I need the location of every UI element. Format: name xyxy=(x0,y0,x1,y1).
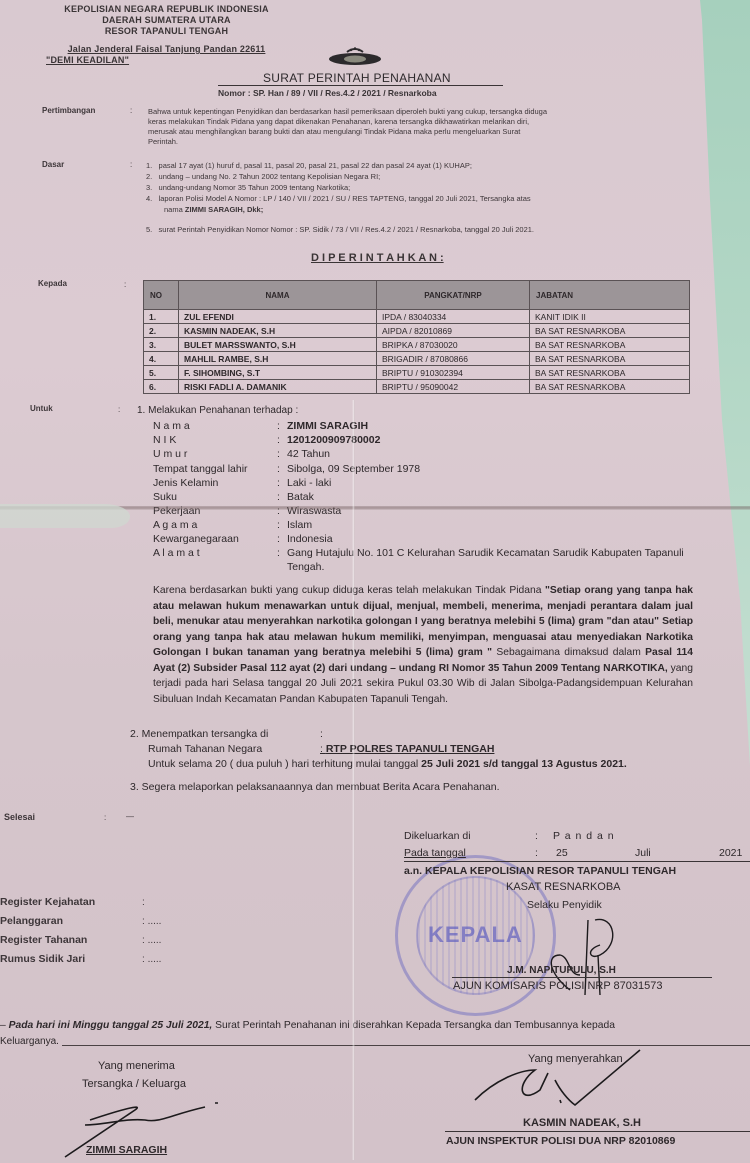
table-row: 2.KASMIN NADEAK, S.HAIPDA / 82010869BA S… xyxy=(144,324,690,338)
colon: : xyxy=(320,728,323,740)
officers-table-body: 1.ZUL EFENDIIPDA / 83040334KANIT IDIK II… xyxy=(144,310,690,394)
org-address: Jalan Jenderal Faisal Tanjung Pandan 226… xyxy=(44,44,289,54)
pertimbangan-label: Pertimbangan xyxy=(42,106,95,115)
detail-row: U m u r:42 Tahun xyxy=(153,448,330,460)
colon: : xyxy=(104,813,106,822)
register-value: ..... xyxy=(148,954,162,965)
cell-pangkat: AIPDA / 82010869 xyxy=(377,324,530,338)
register-value: ..... xyxy=(148,935,162,946)
column-header-no: NO xyxy=(144,281,179,310)
issued-date-label: Pada tanggal xyxy=(404,847,466,859)
detail-row: Tempat tanggal lahir:Sibolga, 09 Septemb… xyxy=(153,463,420,475)
dasar-item-3: 3. undang-undang Nomor 35 Tahun 2009 ten… xyxy=(146,183,350,193)
table-row: 3.BULET MARSSWANTO, S.HBRIPKA / 87030020… xyxy=(144,338,690,352)
colon: : xyxy=(535,847,538,859)
dasar-item-4: 4. laporan Polisi Model A Nomor : LP / 1… xyxy=(146,194,531,204)
detail-key: Jenis Kelamin xyxy=(153,477,277,489)
item-number: 2. xyxy=(146,172,152,181)
signer-underline xyxy=(452,977,712,978)
org-motto: "DEMI KEADILAN" xyxy=(46,55,129,65)
document-title: SURAT PERINTAH PENAHANAN xyxy=(263,71,451,85)
colon: : xyxy=(142,897,145,908)
item-text: laporan Polisi Model A Nomor : LP / 140 … xyxy=(159,194,531,203)
colon: : xyxy=(130,106,132,115)
detail-key: A g a m a xyxy=(153,519,277,531)
issued-date-month: Juli xyxy=(635,847,651,859)
cell-nama: F. SIHOMBING, S.T xyxy=(179,366,377,380)
colon: : xyxy=(277,448,287,460)
cell-no: 2. xyxy=(144,324,179,338)
table-row: 6.RISKI FADLI A. DAMANIKBRIPTU / 9509004… xyxy=(144,380,690,394)
table-header-row: NO NAMA PANGKAT/NRP JABATAN xyxy=(144,281,690,310)
colon: : xyxy=(277,463,287,475)
cell-no: 3. xyxy=(144,338,179,352)
item-number: 4. xyxy=(146,194,152,203)
giver-label: Yang menyerahkan xyxy=(528,1053,623,1065)
cell-pangkat: BRIPTU / 95090042 xyxy=(377,380,530,394)
cell-no: 5. xyxy=(144,366,179,380)
detention-place: : RTP POLRES TAPANULI TENGAH xyxy=(320,743,494,755)
stamp-text: KEPALA xyxy=(428,922,523,948)
paper-fold-vertical xyxy=(352,400,355,1160)
item-number: 3. xyxy=(146,183,152,192)
org-line-1: KEPOLISIAN NEGARA REPUBLIK INDONESIA xyxy=(44,4,289,14)
colon: : xyxy=(118,405,120,414)
detail-row: Jenis Kelamin:Laki - laki xyxy=(153,477,331,489)
pertimbangan-line-2: keras melakukan Tindak Pidana yang dapat… xyxy=(148,117,529,127)
detail-row: A g a m a:Islam xyxy=(153,519,312,531)
org-line-2: DAERAH SUMATERA UTARA xyxy=(44,15,289,25)
colon: : xyxy=(130,160,132,169)
suspect-name: ZIMMI SARAGIH, Dkk; xyxy=(185,205,263,214)
kepada-label: Kepada xyxy=(38,279,67,288)
dasar-item-2: 2. undang – undang No. 2 Tahun 2002 tent… xyxy=(146,172,380,182)
cell-no: 6. xyxy=(144,380,179,394)
detail-key: Suku xyxy=(153,491,277,503)
cell-no: 4. xyxy=(144,352,179,366)
cell-jabatan: KANIT IDIK II xyxy=(530,310,690,324)
rumus-sidik-jari-value: : ..... xyxy=(142,954,161,965)
detail-key: A l a m a t xyxy=(153,547,277,559)
colon: : xyxy=(277,533,287,545)
dasar-item-4-cont: nama ZIMMI SARAGIH, Dkk; xyxy=(164,205,263,215)
statement-text: – xyxy=(0,1020,9,1031)
table-row: 1.ZUL EFENDIIPDA / 83040334KANIT IDIK II xyxy=(144,310,690,324)
statement-text: Surat Perintah Penahanan ini diserahkan … xyxy=(212,1020,615,1031)
cell-pangkat: BRIPTU / 910302394 xyxy=(377,366,530,380)
cell-jabatan: BA SAT RESNARKOBA xyxy=(530,352,690,366)
giver-underline xyxy=(445,1131,750,1132)
colon: : xyxy=(277,547,287,559)
giver-rank: AJUN INSPEKTUR POLISI DUA NRP 82010869 xyxy=(446,1135,675,1147)
duration-text: Untuk selama 20 ( dua puluh ) hari terhi… xyxy=(148,758,421,770)
offense-paragraph: Karena berdasarkan bukti yang cukup didu… xyxy=(153,583,693,707)
receiver-label: Yang menerima xyxy=(98,1060,175,1072)
paragraph-text: Karena berdasarkan bukti yang cukup didu… xyxy=(153,585,545,596)
paper-tear xyxy=(0,504,130,528)
detail-row: N I K:1201200909780002 xyxy=(153,434,380,446)
org-line-3: RESOR TAPANULI TENGAH xyxy=(44,26,289,36)
cell-nama: BULET MARSSWANTO, S.H xyxy=(179,338,377,352)
column-header-pangkat: PANGKAT/NRP xyxy=(377,281,530,310)
detail-value: Indonesia xyxy=(287,533,333,545)
untuk-item-1: 1. Melakukan Penahanan terhadap : xyxy=(137,405,298,416)
selesai-value: — xyxy=(126,812,134,821)
colon: : xyxy=(535,830,538,842)
item-number: 5. xyxy=(146,225,152,234)
signer-rank: AJUN KOMISARIS POLISI NRP 87031573 xyxy=(453,980,663,992)
item-text: nama xyxy=(164,205,185,214)
cell-jabatan: BA SAT RESNARKOBA xyxy=(530,366,690,380)
statement-date: Pada hari ini Minggu tanggal 25 Juli 202… xyxy=(9,1020,213,1031)
dasar-label: Dasar xyxy=(42,160,64,169)
untuk-item-3: 3. Segera melaporkan pelaksanaannya dan … xyxy=(130,781,500,793)
issued-place-label: Dikeluarkan di xyxy=(404,830,471,842)
register-kejahatan-label: Register Kejahatan xyxy=(0,896,95,908)
signer-name: J.M. NAPITUPULU, S.H xyxy=(507,965,616,976)
issuer-position: KASAT RESNARKOBA xyxy=(506,881,621,893)
issued-date-day: 25 xyxy=(556,847,568,859)
colon: : xyxy=(277,420,287,432)
handover-statement: – Pada hari ini Minggu tanggal 25 Juli 2… xyxy=(0,1020,615,1031)
register-pelanggaran-value: : ..... xyxy=(142,916,161,927)
issued-place-value: P a n d a n xyxy=(553,830,615,842)
item-number: 1. xyxy=(146,161,152,170)
pertimbangan-line-1: Bahwa untuk kepentingan Penyidikan dan b… xyxy=(148,107,547,117)
giver-name: KASMIN NADEAK, S.H xyxy=(523,1117,641,1129)
detail-key: N I K xyxy=(153,434,277,446)
detention-duration: Untuk selama 20 ( dua puluh ) hari terhi… xyxy=(148,758,627,770)
table-row: 4.MAHLIL RAMBE, S.HBRIGADIR / 87080866BA… xyxy=(144,352,690,366)
register-value: ..... xyxy=(148,916,162,927)
detail-value: Gang Hutajulu No. 101 C Kelurahan Sarudi… xyxy=(287,547,684,559)
cell-jabatan: BA SAT RESNARKOBA xyxy=(530,380,690,394)
colon: : xyxy=(277,519,287,531)
column-header-nama: NAMA xyxy=(179,281,377,310)
duration-dates: 25 Juli 2021 s/d tanggal 13 Agustus 2021… xyxy=(421,758,627,770)
handover-statement-cont: Keluarganya. xyxy=(0,1036,59,1047)
detail-key: Tempat tanggal lahir xyxy=(153,463,277,475)
item-text: pasal 17 ayat (1) huruf d, pasal 11, pas… xyxy=(159,161,472,170)
document-number: Nomor : SP. Han / 89 / VII / Res.4.2 / 2… xyxy=(218,88,437,98)
register-tahanan-label: Register Tahanan xyxy=(0,934,87,946)
rutan-label: Rumah Tahanan Negara xyxy=(148,743,262,755)
issued-date-year: 2021 xyxy=(719,847,742,859)
selesai-label: Selesai xyxy=(4,812,35,822)
alamat-continuation: Tengah. xyxy=(287,561,324,573)
paragraph-text: Sebagaimana dimaksud dalam xyxy=(492,647,645,658)
detail-key: U m u r xyxy=(153,448,277,460)
cell-pangkat: BRIGADIR / 87080866 xyxy=(377,352,530,366)
untuk-label: Untuk xyxy=(30,404,53,413)
detail-value: Islam xyxy=(287,519,312,531)
cell-pangkat: IPDA / 83040334 xyxy=(377,310,530,324)
cell-no: 1. xyxy=(144,310,179,324)
cell-nama: ZUL EFENDI xyxy=(179,310,377,324)
detail-value: 1201200909780002 xyxy=(287,434,380,446)
detail-key: N a m a xyxy=(153,420,277,432)
handover-rule xyxy=(62,1045,750,1046)
document-page: KEPOLISIAN NEGARA REPUBLIK INDONESIA DAE… xyxy=(0,0,750,1163)
cell-nama: MAHLIL RAMBE, S.H xyxy=(179,352,377,366)
detail-value: 42 Tahun xyxy=(287,448,330,460)
officers-table: NO NAMA PANGKAT/NRP JABATAN 1.ZUL EFENDI… xyxy=(143,280,690,394)
colon: : xyxy=(277,477,287,489)
on-behalf-of: a.n. KEPALA KEPOLISIAN RESOR TAPANULI TE… xyxy=(404,865,676,877)
detail-value: Batak xyxy=(287,491,314,503)
cell-nama: RISKI FADLI A. DAMANIK xyxy=(179,380,377,394)
date-underline xyxy=(404,861,750,862)
cell-jabatan: BA SAT RESNARKOBA xyxy=(530,338,690,352)
register-pelanggaran-label: Pelanggaran xyxy=(0,915,63,927)
cell-pangkat: BRIPKA / 87030020 xyxy=(377,338,530,352)
colon: : xyxy=(124,280,126,289)
colon: : xyxy=(277,434,287,446)
item-text: surat Perintah Penyidikan Nomor Nomor : … xyxy=(159,225,534,234)
title-underline xyxy=(218,85,503,86)
register-tahanan-value: : ..... xyxy=(142,935,161,946)
table-row: 5.F. SIHOMBING, S.TBRIPTU / 910302394BA … xyxy=(144,366,690,380)
rumus-sidik-jari-label: Rumus Sidik Jari xyxy=(0,953,85,965)
receiver-name: ZIMMI SARAGIH xyxy=(86,1144,167,1156)
cell-nama: KASMIN NADEAK, S.H xyxy=(179,324,377,338)
detail-key: Kewarganegaraan xyxy=(153,533,277,545)
dasar-item-1: 1. pasal 17 ayat (1) huruf d, pasal 11, … xyxy=(146,161,472,171)
detail-row: N a m a:ZIMMI SARAGIH xyxy=(153,420,368,432)
police-emblem-icon xyxy=(327,44,383,66)
detail-row: Kewarganegaraan:Indonesia xyxy=(153,533,333,545)
detail-value: ZIMMI SARAGIH xyxy=(287,420,368,432)
pertimbangan-line-3: merusak atau menghilangkan barang bukti … xyxy=(148,127,520,137)
column-header-jabatan: JABATAN xyxy=(530,281,690,310)
item-text: undang – undang No. 2 Tahun 2002 tentang… xyxy=(159,172,381,181)
detail-row: A l a m a t:Gang Hutajulu No. 101 C Kelu… xyxy=(153,547,684,559)
receiver-sub-label: Tersangka / Keluarga xyxy=(82,1078,186,1090)
detail-value: Laki - laki xyxy=(287,477,331,489)
cell-jabatan: BA SAT RESNARKOBA xyxy=(530,324,690,338)
dasar-item-5: 5. surat Perintah Penyidikan Nomor Nomor… xyxy=(146,225,534,235)
detail-row: Suku:Batak xyxy=(153,491,314,503)
diperintahkan-heading: D I P E R I N T A H K A N : xyxy=(311,252,444,264)
colon: : xyxy=(277,491,287,503)
item-text: undang-undang Nomor 35 Tahun 2009 tentan… xyxy=(159,183,351,192)
issuer-role: Selaku Penyidik xyxy=(527,899,602,911)
untuk-item-2: 2. Menempatkan tersangka di xyxy=(130,728,268,740)
pertimbangan-line-4: Perintah. xyxy=(148,137,178,147)
